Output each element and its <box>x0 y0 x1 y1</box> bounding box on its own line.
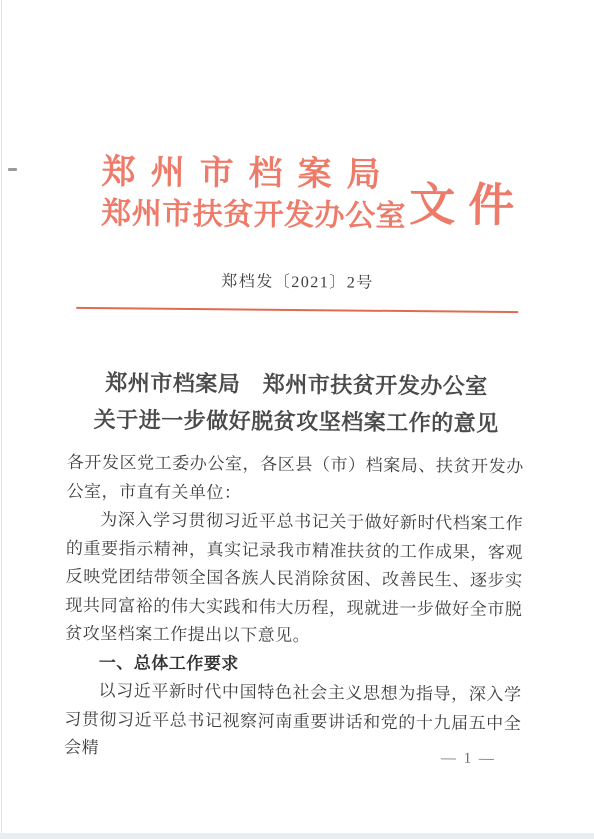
doc-number: 郑档发〔2021〕2号 <box>0 269 594 297</box>
doc-title-line1: 郑州市档案局 郑州市扶贫开发办公室 <box>0 363 594 406</box>
org-name-secondary: 郑州市扶贫开发办公室 <box>101 194 407 237</box>
intro-paragraph: 为深入学习贯彻习近平总书记关于做好新时代档案工作的重要指示精神，真实记录我市精准… <box>65 506 523 653</box>
red-divider <box>76 307 518 313</box>
doc-title: 郑州市档案局 郑州市扶贫开发办公室 关于进一步做好脱贫攻坚档案工作的意见 <box>0 363 594 443</box>
document-page: 郑州市档案局 郑州市扶贫开发办公室 文件 郑档发〔2021〕2号 郑州市档案局 … <box>0 0 594 839</box>
org-name-primary: 郑州市档案局 <box>101 152 407 197</box>
doc-body: 各开发区党工委办公室，各区县（市）档案局、扶贫开发办公室，市直有关单位： 为深入… <box>64 449 524 767</box>
document-content: 郑州市档案局 郑州市扶贫开发办公室 文件 郑档发〔2021〕2号 郑州市档案局 … <box>0 0 594 839</box>
doc-type-label: 文件 <box>409 168 528 235</box>
document-letterhead: 郑州市档案局 郑州市扶贫开发办公室 文件 <box>101 152 594 239</box>
section-heading: 一、总体工作要求 <box>65 648 522 681</box>
recipients-line: 各开发区党工委办公室，各区县（市）档案局、扶贫开发办公室，市直有关单位： <box>66 449 524 510</box>
issuing-org-block: 郑州市档案局 郑州市扶贫开发办公室 <box>101 152 408 237</box>
doc-title-line2: 关于进一步做好脱贫攻坚档案工作的意见 <box>0 400 593 443</box>
page-number: — 1 — <box>441 750 496 768</box>
